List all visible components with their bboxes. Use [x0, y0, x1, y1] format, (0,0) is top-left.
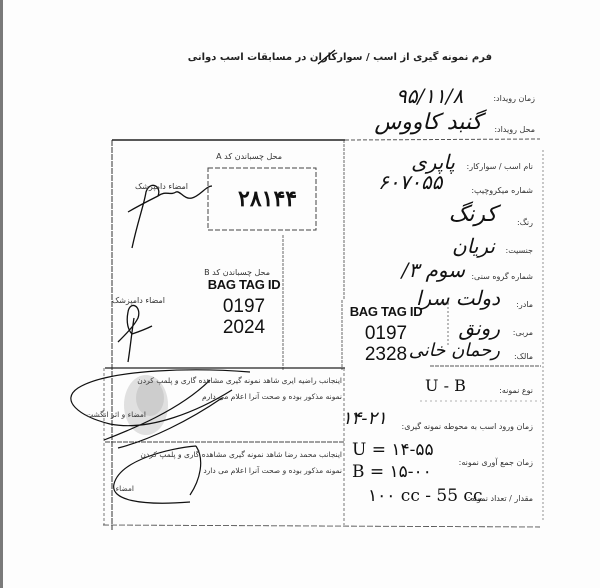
witness-2-signature-label: امضاء — [116, 484, 134, 493]
witness-1-signature-label: امضاء و اثر انگشت — [86, 410, 146, 419]
bag-tag-a-line2: 2024 — [196, 317, 292, 338]
seal-a-number: ۲۸۱۴۴ — [238, 186, 297, 212]
witness-1-line2: نمونه مذکور بوده و صحت آنرا اعلام می دار… — [202, 392, 342, 401]
witness-1-line1: اینجانب راضیه ایری شاهد نمونه گیری مشاهد… — [137, 376, 342, 385]
bag-tag-a-label: BAG TAG ID — [196, 277, 292, 292]
seal-b-label: محل چسباندن کد B — [204, 268, 270, 277]
bag-tag-b-label: BAG TAG ID — [338, 304, 434, 319]
vet-signature-label-1: امضاء دامپزشک — [135, 182, 188, 191]
bag-tag-a: BAG TAG ID 0197 2024 — [196, 277, 292, 338]
bag-tag-b: BAG TAG ID 0197 2328 — [338, 304, 434, 365]
form-lines — [0, 0, 600, 588]
margin-mark: ۱ — [352, 410, 360, 426]
bag-tag-b-line1: 0197 — [338, 323, 434, 344]
witness-2-line2: نمونه مذکور بوده و صحت آنرا اعلام می دار… — [203, 466, 342, 475]
bag-tag-a-line1: 0197 — [196, 296, 292, 317]
seal-a-label: محل چسباندن کد A — [216, 152, 282, 161]
witness-2-line1: اینجانب محمد رضا شاهد نمونه گیری مشاهده … — [140, 450, 342, 459]
bag-tag-b-line2: 2328 — [338, 344, 434, 365]
vet-signature-label-2: امضاء دامپزشک — [112, 296, 165, 305]
